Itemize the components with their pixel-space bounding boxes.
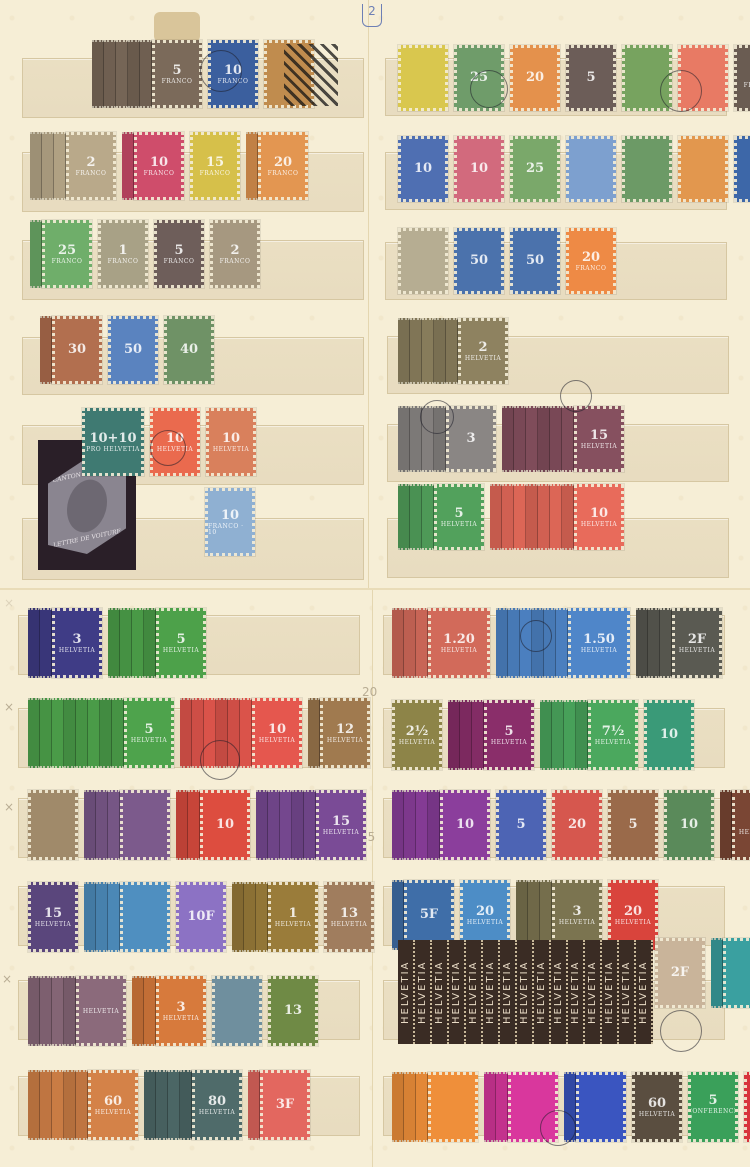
stamp-denomination: 20 [476, 905, 494, 918]
stamp: 15HELVETIA [28, 882, 78, 952]
stamp-edge [398, 406, 410, 472]
stamp-denomination: 1 [118, 244, 127, 257]
stamp-denomination: 5 [174, 244, 183, 257]
airmail-stamp: HELVETIA [415, 940, 432, 1044]
stamp-edge [711, 938, 723, 1008]
stamp: 10 [398, 136, 448, 202]
stamp-edge [540, 700, 552, 770]
stamp-denomination: 5 [586, 71, 595, 84]
stamp-caption: FRANCO [268, 171, 299, 177]
stamp-edge [416, 790, 428, 860]
stamp-edge [180, 1070, 192, 1140]
stamp-edge [168, 1070, 180, 1140]
stamp-edge [544, 608, 556, 678]
stamp-edge [28, 1070, 40, 1140]
stamp-caption: HELVETIA [581, 444, 617, 450]
stamp-denomination: 5 [144, 723, 153, 736]
stamp-caption: HELVETIA [581, 522, 617, 528]
stamp-denomination: 20 [274, 156, 292, 169]
airmail-stamp: HELVETIA [636, 940, 653, 1044]
stamp-edge [392, 608, 404, 678]
stamp: 13HELVETIA [324, 882, 374, 952]
stamp-caption: FRANCO [218, 79, 249, 85]
airmail-stamp: HELVETIA [466, 940, 483, 1044]
stamp: 2½HELVETIA [392, 700, 442, 770]
stamp-caption: HELVETIA [331, 922, 367, 928]
stamp-denomination: 12 [336, 723, 354, 736]
stamp [678, 136, 728, 202]
stamp-caption: FRANCO [162, 79, 193, 85]
stamp: 50 [108, 316, 158, 384]
stamp: 5FRANCO [154, 220, 204, 288]
stamp-edge [216, 698, 228, 768]
stamp-edge [42, 132, 54, 200]
stamp: 5 [496, 790, 546, 860]
stamp-edge [144, 608, 156, 678]
stamp-edge [40, 976, 52, 1046]
stamp-edge [564, 1072, 576, 1142]
stamp-denomination: 15 [590, 429, 608, 442]
stamp-edge [556, 608, 568, 678]
stamp: 10FRANCO [134, 132, 184, 200]
stamp-stack [392, 1072, 428, 1142]
stamp-denomination: 10 [660, 728, 678, 741]
stamp: 5FRANCO [734, 45, 750, 111]
stamp-stack [398, 406, 446, 472]
stamp: 15HELVETIA [316, 790, 366, 860]
stamp-denomination: 10 [216, 818, 234, 831]
stamp-edge [132, 608, 144, 678]
stamp: 13 [268, 976, 318, 1046]
stamp-edge [248, 1070, 260, 1140]
stamp-edge [104, 40, 116, 108]
stamp: 20FRANCO [566, 228, 616, 294]
stamp-edge [240, 698, 252, 768]
stamp-edge [140, 40, 152, 108]
stamp-stack [176, 790, 200, 860]
stamp: 20FRANCO [258, 132, 308, 200]
stamp-caption: PRO HELVETIA [86, 447, 140, 453]
stamp-edge [96, 790, 108, 860]
stamp-denomination: 1.50 [583, 633, 615, 646]
stamp: 2HELVETIA [458, 318, 508, 384]
stamp-stack [720, 790, 732, 860]
stamp-edge [308, 698, 320, 768]
stamp-edge [508, 608, 520, 678]
stamp-denomination: 15 [332, 815, 350, 828]
stamp-edge [76, 1070, 88, 1140]
stamp-caption: FRANCO [108, 259, 139, 265]
stamp: 2F [655, 938, 705, 1008]
stamp-edge [144, 976, 156, 1046]
stamp-caption: HELVETIA [595, 740, 631, 746]
stamp-edge [64, 698, 76, 768]
stamp-edge [180, 698, 192, 768]
stamp [508, 1072, 558, 1142]
stamp: 25FRANCO [42, 220, 92, 288]
stamp-caption: HELVETIA [467, 920, 503, 926]
stamp-denomination: 10 [222, 432, 240, 445]
airmail-stamp: HELVETIA [398, 940, 415, 1044]
stamp-edge [246, 132, 258, 200]
stamp-edge [660, 608, 672, 678]
stamp-stack [28, 1070, 88, 1140]
stamp-edge [502, 406, 514, 472]
stamp-edge [428, 790, 440, 860]
stamp: 7½HELVETIA [588, 700, 638, 770]
stamp-denomination: 1 [288, 907, 297, 920]
stamp-denomination: 10 [456, 818, 474, 831]
stamp-caption: HELVETIA [399, 740, 435, 746]
stamp-edge [538, 484, 550, 550]
stamp-edge [128, 40, 140, 108]
stamp: 10+10PRO HELVETIA [82, 408, 144, 476]
stamp-denomination: 15 [206, 156, 224, 169]
stamp [576, 1072, 626, 1142]
airmail-stamp: HELVETIA [500, 940, 517, 1044]
stamp-edge [122, 132, 134, 200]
stamp-edge [404, 608, 416, 678]
stamp [723, 938, 750, 1008]
stamp-edge [422, 406, 434, 472]
stamp: 2FHELVETIA [672, 608, 722, 678]
stamp: 1.20HELVETIA [428, 608, 490, 678]
stamp-edge [292, 790, 304, 860]
stamp-edge [576, 700, 588, 770]
stamp-edge [76, 698, 88, 768]
stamp-edge [496, 608, 508, 678]
stamp-denomination: 10 [221, 509, 239, 522]
stamp-edge [52, 976, 64, 1046]
stamp-edge [502, 484, 514, 550]
stamp-stack [92, 40, 152, 108]
stamp: 3 [446, 406, 496, 472]
stamp-caption: FRANCO · 10 [208, 524, 252, 536]
stamp: 50 [510, 228, 560, 294]
stamp [398, 228, 448, 294]
stamp-denomination: 50 [526, 254, 544, 267]
stamp-caption: HELVETIA [199, 1110, 235, 1116]
stamp [428, 1072, 478, 1142]
stamp-stack [308, 698, 320, 768]
stamp-caption: HELVETIA [259, 738, 295, 744]
stamp-denomination: 5 [172, 64, 181, 77]
stamp-edge [84, 882, 96, 952]
stamp-caption: HELVETIA [163, 1016, 199, 1022]
stamp: 5 [608, 790, 658, 860]
stamp-denomination: 40 [180, 343, 198, 356]
stamp-edge [460, 700, 472, 770]
stamp-denomination: 50 [470, 254, 488, 267]
airmail-stamp: HELVETIA [534, 940, 551, 1044]
stamp-stack [144, 1070, 192, 1140]
stamp [678, 45, 728, 111]
stamp-edge [52, 1070, 64, 1140]
stamp-caption: HELVETIA [739, 830, 750, 836]
stamp: 5 [566, 45, 616, 111]
stamp-denomination: 25 [526, 162, 544, 175]
stamp-stack [490, 484, 574, 550]
stamp-stack [122, 132, 134, 200]
stamp-denomination: 30 [68, 343, 86, 356]
stamp-edge [40, 1070, 52, 1140]
stamp-edge [84, 790, 96, 860]
stamp-edge [92, 40, 104, 108]
stamp-edge [54, 132, 66, 200]
stamp [398, 45, 448, 111]
page-number-marker: 2 [362, 4, 382, 27]
stamp [566, 136, 616, 202]
airmail-stamp: HELVETIA [585, 940, 602, 1044]
stamp: 5FRANCO [152, 40, 202, 108]
stamp-denomination: 7½ [602, 725, 625, 738]
stamp: 10FRANCO [208, 40, 258, 108]
stamp: 25 [454, 45, 504, 111]
stamp: 15HELVETIA [574, 406, 624, 472]
stamp: 10F [176, 882, 226, 952]
stamp-stack [132, 976, 156, 1046]
stamp-stack [84, 882, 120, 952]
stamp-edge [404, 790, 416, 860]
stamp-denomination: 3F [276, 1098, 294, 1111]
stamp-edge [232, 882, 244, 952]
stamp: 20 [510, 45, 560, 111]
stamp-denomination: 13 [284, 1004, 302, 1017]
stamp-caption: CONFERENCE D [688, 1109, 738, 1121]
pencil-note: × [4, 596, 14, 610]
stamp: 2FRANCO [210, 220, 260, 288]
stamp-edge [392, 1072, 404, 1142]
stamp-denomination: 5 [516, 818, 525, 831]
stamp-stack [398, 318, 458, 384]
stamp [212, 976, 262, 1046]
stamp-edge [64, 1070, 76, 1140]
stamp [264, 40, 314, 108]
stamp-denomination: 2F [671, 966, 689, 979]
stamp-denomination: 5 [628, 818, 637, 831]
stamp-caption: HELVETIA [275, 922, 311, 928]
stamp-edge [496, 1072, 508, 1142]
stamp-edge [28, 608, 40, 678]
stamp-stack [392, 608, 428, 678]
stamp-edge [446, 318, 458, 384]
airmail-stamp: HELVETIA [483, 940, 500, 1044]
stamp-edge [562, 406, 574, 472]
stamp-denomination: 60 [648, 1097, 666, 1110]
stamp-denomination: 5F [420, 908, 438, 921]
stamp-caption: HELVETIA [83, 1009, 119, 1015]
stamp-edge [280, 790, 292, 860]
stamp-denomination: 80 [208, 1095, 226, 1108]
stamp-edge [64, 976, 76, 1046]
stamp: 10 [644, 700, 694, 770]
stamp-denomination: 3 [176, 1001, 185, 1014]
stamp-stack [540, 700, 588, 770]
stamp-stack [40, 316, 52, 384]
stamp-edge [156, 1070, 168, 1140]
stamp-denomination: 10+10 [89, 432, 136, 445]
stamp-denomination: 50 [124, 343, 142, 356]
stamp-edge [526, 406, 538, 472]
stamp-denomination: 10F [187, 910, 214, 923]
stamp-edge [204, 698, 216, 768]
stamp: 1.50HELVETIA [568, 608, 630, 678]
stamp-edge [30, 220, 42, 288]
stamp-denomination: 10 [150, 156, 168, 169]
stamp-stack [84, 790, 120, 860]
stamp: 12HELVETIA [320, 698, 370, 768]
stamp-edge [192, 698, 204, 768]
stamp-caption: FRANCO [164, 259, 195, 265]
stamp-stack [502, 406, 574, 472]
stamp-edge [116, 40, 128, 108]
stamp-caption: HELVETIA [441, 522, 477, 528]
stamp-denomination: 1.20 [443, 633, 475, 646]
stamp: 2FRANCO [66, 132, 116, 200]
stamp-edge [484, 1072, 496, 1142]
stamp-edge [40, 608, 52, 678]
stamp-denomination: 5 [708, 1094, 717, 1107]
stamp-caption: FRANCO [76, 171, 107, 177]
coat-of-arms-oval [67, 476, 107, 537]
stamp-edge [244, 882, 256, 952]
stamp-caption: HELVETIA [581, 648, 617, 654]
stamp-stack [28, 608, 52, 678]
stamp: 50 [454, 228, 504, 294]
stamp-denomination: 3 [72, 633, 81, 646]
stamp-denomination: 25 [470, 71, 488, 84]
stamp-edge [550, 484, 562, 550]
stamp: 20HELVETIA [744, 1072, 750, 1142]
stamp-edge [96, 882, 108, 952]
stamp: HELVETIA [76, 976, 126, 1046]
pencil-note: × [4, 800, 14, 814]
stamp-denomination: 2 [230, 244, 239, 257]
stamp-stack [448, 700, 484, 770]
stamp-caption: FRANCO [576, 266, 607, 272]
stamp-caption: HELVETIA [441, 648, 477, 654]
stamp: 10HELVETIA [206, 408, 256, 476]
stamp [28, 790, 78, 860]
stamp-edge [410, 484, 422, 550]
stamp-edge [416, 1072, 428, 1142]
stamp: 10HELVETIA [150, 408, 200, 476]
stamp: 10HELVETIA [574, 484, 624, 550]
stamp-caption: HELVETIA [639, 1112, 675, 1118]
stamp: 10 [734, 136, 750, 202]
stamp-edge [112, 698, 124, 768]
stamp-denomination: 10 [224, 64, 242, 77]
stamp-edge [434, 406, 446, 472]
stamp-edge [550, 406, 562, 472]
stamp-edge [410, 406, 422, 472]
stamp-caption: HELVETIA [615, 920, 651, 926]
stamp-edge [410, 318, 422, 384]
hinge-mark [154, 12, 200, 42]
stamp-stack [30, 220, 42, 288]
airmail-stamp: HELVETIA [517, 940, 534, 1044]
stamp-edge [108, 790, 120, 860]
stamp-denomination: 10 [166, 432, 184, 445]
airmail-stamp: HELVETIA [602, 940, 619, 1044]
stamp [120, 790, 170, 860]
airmail-stamp: HELVETIA [568, 940, 585, 1044]
stamp-edge [392, 790, 404, 860]
stamp-edge [28, 698, 40, 768]
stamp-edge [490, 484, 502, 550]
stamp-edge [472, 700, 484, 770]
stamp-stack [232, 882, 268, 952]
stamp-denomination: 10 [414, 162, 432, 175]
stamp-denomination: 15 [44, 907, 62, 920]
stamp: 3HELVETIA [156, 976, 206, 1046]
pencil-note: × [2, 972, 12, 986]
stamp-edge [526, 484, 538, 550]
stamp: 1HELVETIA [268, 882, 318, 952]
stamp: 5HELVETIA [434, 484, 484, 550]
stamp: 5HELVETIA [484, 700, 534, 770]
stamp: 3HELVETIA [52, 608, 102, 678]
stamp-edge [636, 608, 648, 678]
airmail-stamp: HELVETIA [432, 940, 449, 1044]
stamp-denomination: 5 [176, 633, 185, 646]
stamp-edge [256, 882, 268, 952]
stamp-caption: HELVETIA [131, 738, 167, 744]
stamp-edge [268, 790, 280, 860]
stamp-caption: FRANCO [744, 83, 750, 89]
stamp-caption: HELVETIA [35, 922, 71, 928]
stamp-denomination: 2 [478, 341, 487, 354]
stamp-caption: HELVETIA [327, 738, 363, 744]
stamp [622, 136, 672, 202]
stamp-edge [422, 484, 434, 550]
stamp-caption: HELVETIA [59, 648, 95, 654]
stamp-stack [711, 938, 723, 1008]
airmail-stamp: HELVETIA [449, 940, 466, 1044]
stamp-denomination: 2½ [406, 725, 429, 738]
stamp-caption: FRANCO [220, 259, 251, 265]
stamp-edge [228, 698, 240, 768]
stamp: 25 [510, 136, 560, 202]
stamp-edge [648, 608, 660, 678]
stamp-caption: HELVETIA [679, 648, 715, 654]
stamp-edge [144, 1070, 156, 1140]
stamp-stack [248, 1070, 260, 1140]
stamp-caption: HELVETIA [465, 356, 501, 362]
airmail-stamp-stack: HELVETIAHELVETIAHELVETIAHELVETIAHELVETIA… [398, 940, 653, 1044]
stamp-stack [180, 698, 252, 768]
stamp-denomination: 5 [454, 507, 463, 520]
stamp-edge [100, 698, 112, 768]
stamp-denomination: 2 [86, 156, 95, 169]
stamp-edge [398, 318, 410, 384]
stamp-edge [538, 406, 550, 472]
stamp-denomination: 20 [526, 71, 544, 84]
stamp: 15FRANCO [190, 132, 240, 200]
stamp: 60HELVETIA [632, 1072, 682, 1142]
stamp-edge [176, 790, 188, 860]
stamp-stack [636, 608, 672, 678]
stamp-caption: HELVETIA [157, 447, 193, 453]
stamp: 1FRANCO [98, 220, 148, 288]
stamp-edge [108, 882, 120, 952]
stamp-denomination: 13 [340, 907, 358, 920]
stamp: 10 [440, 790, 490, 860]
stamp-caption: HELVETIA [491, 740, 527, 746]
stamp-edge [256, 790, 268, 860]
stamp: 80HELVETIA [192, 1070, 242, 1140]
stamp-denomination: 20 [582, 251, 600, 264]
